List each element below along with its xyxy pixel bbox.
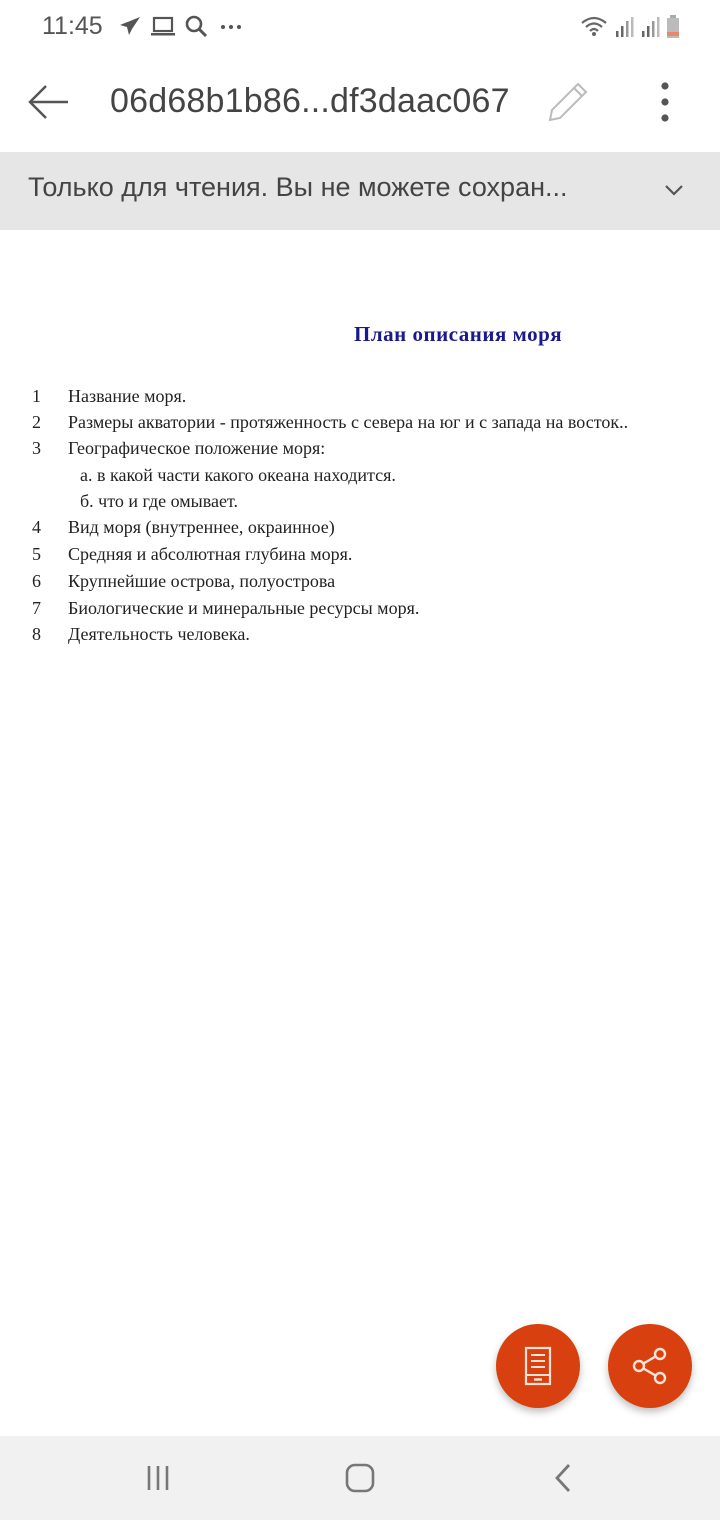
read-only-message: Только для чтения. Вы не можете сохран..…: [28, 172, 568, 203]
home-icon: [344, 1462, 376, 1494]
reading-view-button[interactable]: [496, 1324, 580, 1408]
telegram-icon: [118, 14, 142, 38]
share-icon: [630, 1346, 670, 1386]
laptop-icon: [150, 14, 176, 38]
status-bar: 11:45: [0, 0, 720, 54]
home-button[interactable]: [340, 1458, 380, 1498]
back-button[interactable]: [26, 82, 70, 122]
status-time: 11:45: [42, 12, 103, 41]
arrow-left-icon: [26, 82, 70, 122]
edit-button[interactable]: [546, 80, 590, 124]
system-status-icons: [580, 14, 680, 40]
sub-list-item: б. что и где омывает.: [80, 491, 238, 512]
signal-icon: [614, 15, 634, 39]
document-title: 06d68b1b86...df3daac067: [110, 82, 510, 121]
pencil-icon: [546, 80, 590, 124]
back-icon: [547, 1462, 577, 1494]
share-button[interactable]: [608, 1324, 692, 1408]
recent-apps-button[interactable]: [138, 1458, 178, 1498]
more-vertical-icon: [650, 80, 680, 124]
search-icon: [184, 14, 208, 38]
document-heading: План описания моря: [354, 322, 562, 347]
system-nav-bar: [0, 1436, 720, 1520]
more-horizontal-icon: [216, 14, 246, 38]
wifi-icon: [580, 14, 608, 40]
reading-view-icon: [523, 1346, 553, 1386]
signal-icon: [640, 15, 660, 39]
nav-back-button[interactable]: [542, 1458, 582, 1498]
document-page: План описания моря 1Название моря. 2Разм…: [0, 230, 720, 1436]
sub-list-item: а. в какой части какого океана находится…: [80, 465, 396, 486]
chevron-down-icon[interactable]: [662, 178, 686, 202]
notification-icons: [118, 14, 246, 38]
recent-apps-icon: [143, 1463, 173, 1493]
battery-low-icon: [666, 14, 680, 40]
more-options-button[interactable]: [650, 80, 680, 124]
app-bar: 06d68b1b86...df3daac067: [0, 54, 720, 152]
read-only-banner[interactable]: Только для чтения. Вы не можете сохран..…: [0, 152, 720, 230]
